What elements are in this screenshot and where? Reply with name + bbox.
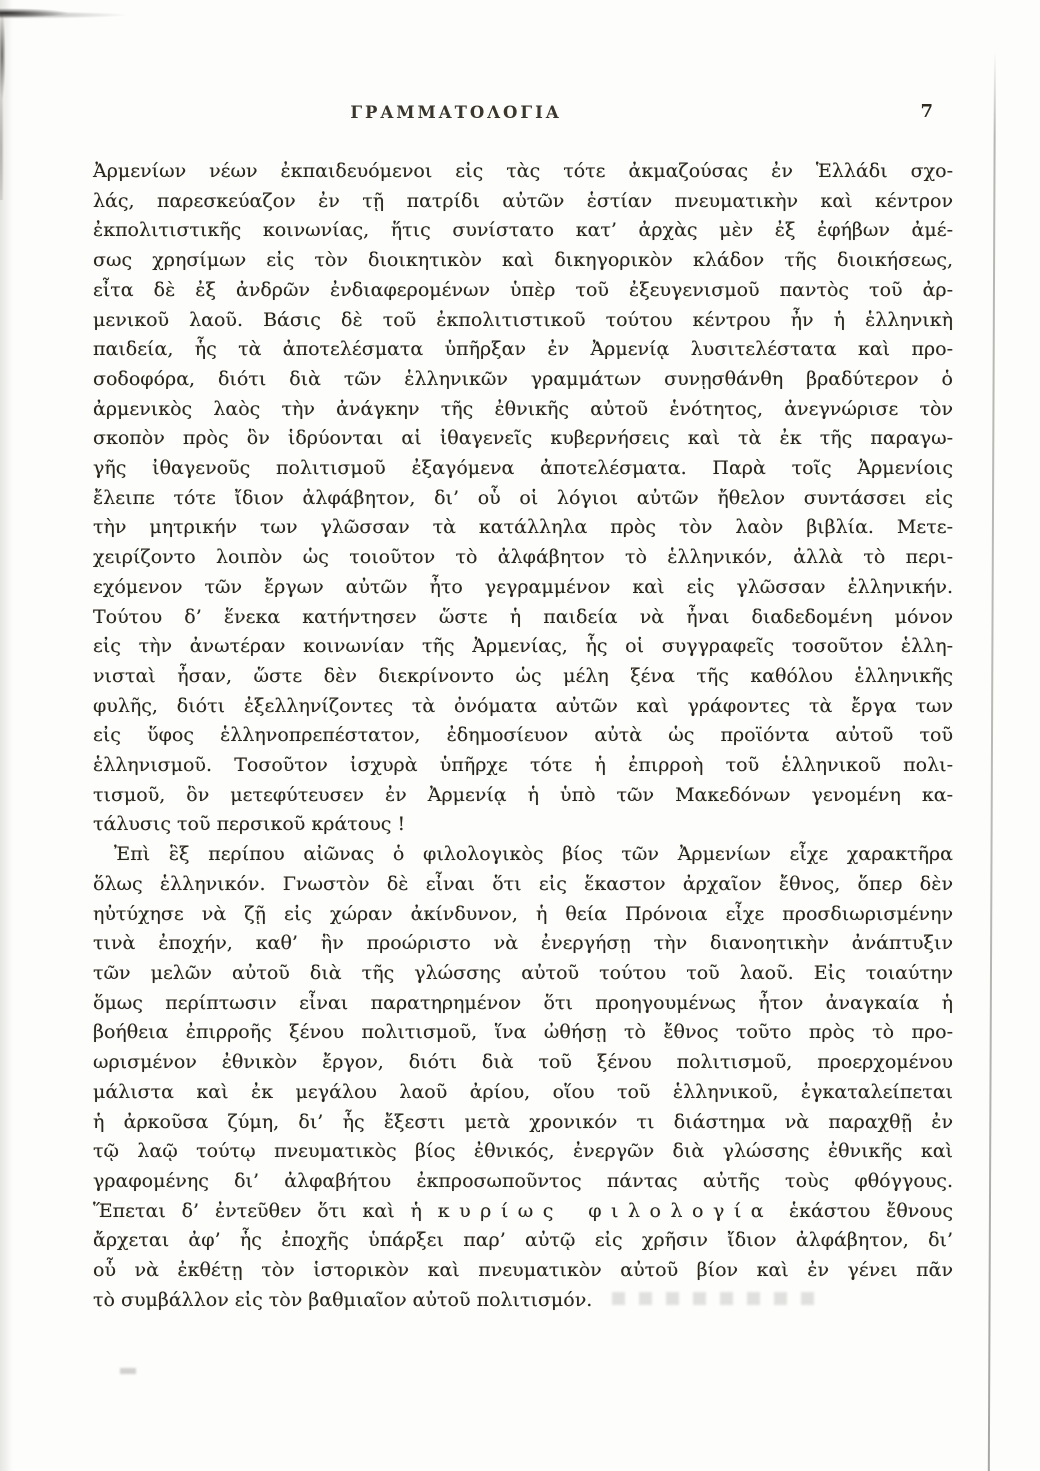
text-segment: Ἕπεται δ’ ἐντεῦθεν ὅτι καὶ ἡ xyxy=(93,1200,438,1222)
text-line: τινὰ ἐποχήν, καθ’ ἣν προώριστο νὰ ἐνεργή… xyxy=(93,929,953,959)
text-line: οὗ νὰ ἐκθέτῃ τὸν ἱστορικὸν καὶ πνευματικ… xyxy=(93,1256,953,1286)
text-segment: ηὐτύχησε νὰ ζῇ εἰς χώραν ἀκίνδυνον, ἡ θε… xyxy=(93,903,953,925)
text-line: σως χρησίμων εἰς τὸν διοικητικὸν καὶ δικ… xyxy=(93,246,953,276)
text-segment: νισταὶ ἦσαν, ὥστε δὲν διεκρίνοντο ὡς μέλ… xyxy=(93,665,953,687)
text-segment: ἑκάστου ἔθνους xyxy=(773,1200,953,1222)
text-segment: τὴν μητρικήν των γλῶσσαν τὰ κατάλληλα πρ… xyxy=(93,516,953,538)
text-line: Ἀρμενίων νέων ἐκπαιδευόμενοι εἰς τὰς τότ… xyxy=(93,157,953,187)
text-segment: τῷ λαῷ τούτῳ πνευματικὸς βίος ἐθνικός, ἐ… xyxy=(93,1140,953,1162)
text-segment: εἰς τὴν ἀνωτέραν κοινωνίαν τῆς Ἀρμενίας,… xyxy=(93,635,953,657)
text-line: βοήθεια ἐπιρροῆς ξένου πολιτισμοῦ, ἵνα ὠ… xyxy=(93,1018,953,1048)
text-line: τισμοῦ, ὃν μετεφύτευσεν ἐν Ἀρμενίᾳ ἡ ὑπὸ… xyxy=(93,781,953,811)
scan-page-edge-line xyxy=(988,52,996,1471)
text-segment: Ἀρμενίων νέων ἐκπαιδευόμενοι εἰς τὰς τότ… xyxy=(93,160,953,182)
text-line: χειρίζοντο λοιπὸν ὡς τοιοῦτον τὸ ἀλφάβητ… xyxy=(93,543,953,573)
text-line: φυλῆς, διότι ἐξελληνίζοντες τὰ ὀνόματα α… xyxy=(93,692,953,722)
text-segment: τισμοῦ, ὃν μετεφύτευσεν ἐν Ἀρμενίᾳ ἡ ὑπὸ… xyxy=(93,784,953,806)
text-segment: σοδοφόρα, διότι διὰ τῶν ἑλληνικῶν γραμμά… xyxy=(93,368,953,390)
text-segment: ἑλληνισμοῦ. Τοσοῦτον ἰσχυρὰ ὑπῆρχε τότε … xyxy=(93,754,953,776)
text-line: τὸ συμβάλλον εἰς τὸν βαθμιαῖον αὐτοῦ πολ… xyxy=(93,1286,953,1316)
text-segment: παιδεία, ἧς τὰ ἀποτελέσματα ὑπῆρξαν ἐν Ἀ… xyxy=(93,338,953,360)
scan-speck xyxy=(120,1368,136,1374)
text-segment: σκοπὸν πρὸς ὃν ἱδρύονται αἱ ἰθαγενεῖς κυ… xyxy=(93,427,953,449)
text-line: τάλυσις τοῦ περσικοῦ κράτους ! xyxy=(93,810,953,840)
text-line: τῶν μελῶν αὐτοῦ διὰ τῆς γλώσσης αὐτοῦ το… xyxy=(93,959,953,989)
text-line: εἰς τὴν ἀνωτέραν κοινωνίαν τῆς Ἀρμενίας,… xyxy=(93,632,953,662)
text-line: νισταὶ ἦσαν, ὥστε δὲν διεκρίνοντο ὡς μέλ… xyxy=(93,662,953,692)
text-line: ἑλληνισμοῦ. Τοσοῦτον ἰσχυρὰ ὑπῆρχε τότε … xyxy=(93,751,953,781)
text-segment: εἰς ὕφος ἑλληνοπρεπέστατον, ἐδημοσίευον … xyxy=(93,724,953,746)
text-line: ωρισμένον ἐθνικὸν ἔργον, διότι διὰ τοῦ ξ… xyxy=(93,1048,953,1078)
text-line: γραφομένης δι’ ἀλφαβήτου ἐκπροσωποῦντος … xyxy=(93,1167,953,1197)
text-segment: ἔλειπε τότε ἴδιον ἀλφάβητον, δι’ οὗ οἱ λ… xyxy=(93,487,953,509)
text-line: ἐκπολιτιστικῆς κοινωνίας, ἥτις συνίστατο… xyxy=(93,216,953,246)
text-line: εἶτα δὲ ἐξ ἀνδρῶν ἐνδιαφερομένων ὑπὲρ το… xyxy=(93,276,953,306)
text-line: ὅμως περίπτωσιν εἶναι παρατηρημένον ὅτι … xyxy=(93,989,953,1019)
text-segment: ὅλως ἑλληνικόν. Γνωστὸν δὲ εἶναι ὅτι εἰς… xyxy=(93,873,953,895)
running-title: ΓΡΑΜΜΑΤΟΛΟΓΙΑ xyxy=(93,103,819,122)
text-line: παιδεία, ἧς τὰ ἀποτελέσματα ὑπῆρξαν ἐν Ἀ… xyxy=(93,335,953,365)
text-line: μενικοῦ λαοῦ. Βάσις δὲ τοῦ ἐκπολιτιστικο… xyxy=(93,306,953,336)
text-segment: φυλῆς, διότι ἐξελληνίζοντες τὰ ὀνόματα α… xyxy=(93,695,953,717)
text-line: εἰς ὕφος ἑλληνοπρεπέστατον, ἐδημοσίευον … xyxy=(93,721,953,751)
text-segment: γραφομένης δι’ ἀλφαβήτου ἐκπροσωποῦντος … xyxy=(93,1170,953,1192)
text-segment: ἐκπολιτιστικῆς κοινωνίας, ἥτις συνίστατο… xyxy=(93,219,953,241)
text-segment: βοήθεια ἐπιρροῆς ξένου πολιτισμοῦ, ἵνα ὠ… xyxy=(93,1021,953,1043)
text-line: Ἕπεται δ’ ἐντεῦθεν ὅτι καὶ ἡ κυρίως φιλο… xyxy=(93,1197,953,1227)
text-line: ὅλως ἑλληνικόν. Γνωστὸν δὲ εἶναι ὅτι εἰς… xyxy=(93,870,953,900)
text-segment: μάλιστα καὶ ἐκ μεγάλου λαοῦ ἀρίου, οἵου … xyxy=(93,1081,953,1103)
text-line: μάλιστα καὶ ἐκ μεγάλου λαοῦ ἀρίου, οἵου … xyxy=(93,1078,953,1108)
text-line: λάς, παρεσκεύαζον ἐν τῇ πατρίδι αὐτῶν ἑσ… xyxy=(93,187,953,217)
text-segment: ωρισμένον ἐθνικὸν ἔργον, διότι διὰ τοῦ ξ… xyxy=(93,1051,953,1073)
text-block: Ἀρμενίων νέων ἐκπαιδευόμενοι εἰς τὰς τότ… xyxy=(93,157,953,1315)
text-segment: γῆς ἰθαγενοῦς πολιτισμοῦ ἐξαγόμενα ἀποτε… xyxy=(93,457,953,479)
text-line: τῷ λαῷ τούτῳ πνευματικὸς βίος ἐθνικός, ἐ… xyxy=(93,1137,953,1167)
text-line: ἄρχεται ἀφ’ ἧς ἐποχῆς ὑπάρξει παρ’ αὐτῷ … xyxy=(93,1226,953,1256)
page-header: ΓΡΑΜΜΑΤΟΛΟΓΙΑ 7 xyxy=(93,101,953,127)
text-segment: τάλυσις τοῦ περσικοῦ κράτους ! xyxy=(93,813,405,835)
text-line: σοδοφόρα, διότι διὰ τῶν ἑλληνικῶν γραμμά… xyxy=(93,365,953,395)
text-line: τὴν μητρικήν των γλῶσσαν τὰ κατάλληλα πρ… xyxy=(93,513,953,543)
text-segment: τινὰ ἐποχήν, καθ’ ἣν προώριστο νὰ ἐνεργή… xyxy=(93,932,953,954)
text-segment: εἶτα δὲ ἐξ ἀνδρῶν ἐνδιαφερομένων ὑπὲρ το… xyxy=(93,279,953,301)
text-segment: ἡ ἀρκοῦσα ζύμη, δι’ ἧς ἔξεστι μετὰ χρονι… xyxy=(93,1111,953,1133)
text-line: σκοπὸν πρὸς ὃν ἱδρύονται αἱ ἰθαγενεῖς κυ… xyxy=(93,424,953,454)
text-segment: τὸ συμβάλλον εἰς τὸν βαθμιαῖον αὐτοῦ πολ… xyxy=(93,1289,592,1311)
text-segment: εχόμενον τῶν ἔργων αὐτῶν ἦτο γεγραμμένον… xyxy=(93,576,953,598)
scanned-book-page: { "header": { "running_title": "ΓΡΑΜΜΑΤΟ… xyxy=(0,0,1040,1471)
page-number: 7 xyxy=(920,101,933,122)
text-segment: ἄρχεται ἀφ’ ἧς ἐποχῆς ὑπάρξει παρ’ αὐτῷ … xyxy=(93,1229,953,1251)
text-line: Τούτου δ’ ἕνεκα κατήντησεν ὥστε ἡ παιδεί… xyxy=(93,603,953,633)
text-segment: ἀρμενικὸς λαὸς τὴν ἀνάγκην τῆς ἐθνικῆς α… xyxy=(93,398,953,420)
text-segment: Τούτου δ’ ἕνεκα κατήντησεν ὥστε ἡ παιδεί… xyxy=(93,606,953,628)
text-line: ἔλειπε τότε ἴδιον ἀλφάβητον, δι’ οὗ οἱ λ… xyxy=(93,484,953,514)
text-segment: τῶν μελῶν αὐτοῦ διὰ τῆς γλώσσης αὐτοῦ το… xyxy=(93,962,953,984)
text-segment: ὅμως περίπτωσιν εἶναι παρατηρημένον ὅτι … xyxy=(93,992,953,1014)
text-line: ἡ ἀρκοῦσα ζύμη, δι’ ἧς ἔξεστι μετὰ χρονι… xyxy=(93,1108,953,1138)
text-line: ἀρμενικὸς λαὸς τὴν ἀνάγκην τῆς ἐθνικῆς α… xyxy=(93,395,953,425)
text-segment: χειρίζοντο λοιπὸν ὡς τοιοῦτον τὸ ἀλφάβητ… xyxy=(93,546,953,568)
text-segment: σως χρησίμων εἰς τὸν διοικητικὸν καὶ δικ… xyxy=(93,249,953,271)
scan-left-edge-shade xyxy=(0,0,14,1471)
text-segment: λάς, παρεσκεύαζον ἐν τῇ πατρίδι αὐτῶν ἑσ… xyxy=(93,190,953,212)
text-line: εχόμενον τῶν ἔργων αὐτῶν ἦτο γεγραμμένον… xyxy=(93,573,953,603)
text-line: γῆς ἰθαγενοῦς πολιτισμοῦ ἐξαγόμενα ἀποτε… xyxy=(93,454,953,484)
text-line: ηὐτύχησε νὰ ζῇ εἰς χώραν ἀκίνδυνον, ἡ θε… xyxy=(93,900,953,930)
emphasized-spaced-text: κυρίως φιλολογία xyxy=(438,1200,773,1222)
text-segment: οὗ νὰ ἐκθέτῃ τὸν ἱστορικὸν καὶ πνευματικ… xyxy=(93,1259,953,1281)
text-segment: Ἐπὶ ἓξ περίπου αἰῶνας ὁ φιλολογικὸς βίος… xyxy=(114,843,953,865)
text-line: Ἐπὶ ἓξ περίπου αἰῶνας ὁ φιλολογικὸς βίος… xyxy=(93,840,953,870)
text-segment: μενικοῦ λαοῦ. Βάσις δὲ τοῦ ἐκπολιτιστικο… xyxy=(93,309,953,331)
